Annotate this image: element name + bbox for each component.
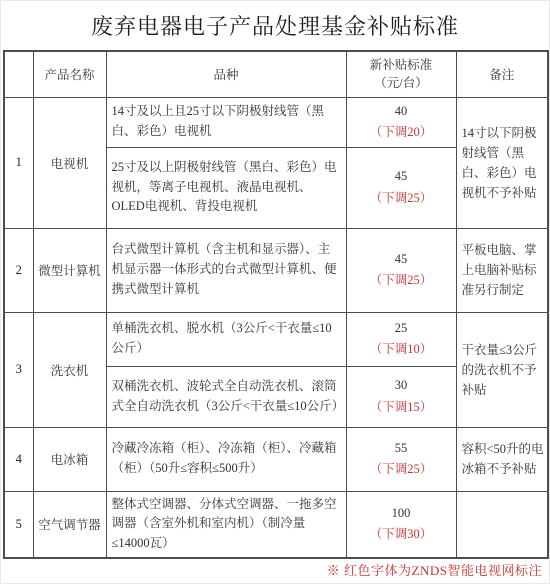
subsidy-cell: 45 （下调25）: [346, 147, 456, 228]
subsidy-value: 45: [347, 249, 456, 270]
subsidy-adjustment: （下调15）: [347, 397, 456, 418]
product-name-cell: 微型计算机: [33, 228, 106, 312]
row-index-cell: 3: [4, 312, 33, 427]
variety-cell: 14寸及以上且25寸以下阴极射线管（黑白、彩色）电视机: [106, 97, 346, 147]
subsidy-cell: 55 （下调25）: [346, 427, 456, 491]
remark-cell: 容积<50升的电冰箱不予补贴: [456, 427, 548, 491]
subsidy-cell: 25 （下调10）: [346, 312, 456, 366]
table-row: 3 洗衣机 单桶洗衣机、脱水机（3公斤<干衣量≤10公斤） 25 （下调10） …: [4, 312, 548, 366]
subsidy-cell: 30 （下调15）: [346, 366, 456, 427]
remark-cell: [456, 491, 548, 558]
row-index-cell: 4: [4, 427, 33, 491]
variety-cell: 单桶洗衣机、脱水机（3公斤<干衣量≤10公斤）: [106, 312, 346, 366]
variety-cell: 冷藏冷冻箱（柜）、冷冻箱（柜）、冷藏箱（柜）（50升≤容积≤500升）: [106, 427, 346, 491]
remark-cell: 干衣量≤3公斤的洗衣机不予补贴: [456, 312, 548, 427]
subsidy-cell: 45 （下调25）: [346, 228, 456, 312]
subsidy-adjustment: （下调25）: [347, 188, 456, 209]
header-cell-remark: 备注: [456, 51, 548, 97]
product-name-cell: 电视机: [33, 97, 106, 228]
subsidy-adjustment: （下调30）: [347, 524, 456, 545]
subsidy-cell: 40 （下调20）: [346, 97, 456, 147]
row-index-cell: 5: [4, 491, 33, 558]
variety-cell: 双桶洗衣机、波轮式全自动洗衣机、滚筒式全自动洗衣机（3公斤<干衣量≤10公斤）: [106, 366, 346, 427]
table-row: 2 微型计算机 台式微型计算机（含主机和显示器）、主机显示器一体形式的台式微型计…: [4, 228, 548, 312]
subsidy-table: 产品名称 品种 新补贴标准 （元/台） 备注 1 电视机 14寸及以上且25寸以…: [3, 50, 549, 559]
remark-cell: 平板电脑、掌上电脑补贴标准另行制定: [456, 228, 548, 312]
subsidy-value: 30: [347, 375, 456, 396]
subsidy-adjustment: （下调10）: [347, 339, 456, 360]
row-index-cell: 2: [4, 228, 33, 312]
table-row: 5 空气调节器 整体式空调器、分体式空调器、一拖多空调器（含室外机和室内机）（制…: [4, 491, 548, 558]
table-row: 4 电冰箱 冷藏冷冻箱（柜）、冷冻箱（柜）、冷藏箱（柜）（50升≤容积≤500升…: [4, 427, 548, 491]
subsidy-value: 55: [347, 438, 456, 459]
header-cell-index: [4, 51, 33, 97]
variety-cell: 整体式空调器、分体式空调器、一拖多空调器（含室外机和室内机）（制冷量≤14000…: [106, 491, 346, 558]
header-cell-subsidy: 新补贴标准 （元/台）: [346, 51, 456, 97]
page-title: 废弃电器电子产品处理基金补贴标准: [0, 10, 550, 41]
subsidy-value: 40: [347, 101, 456, 122]
subsidy-cell: 100 （下调30）: [346, 491, 456, 558]
subsidy-adjustment: （下调25）: [347, 459, 456, 480]
footnote-attribution: ※ 红色字体为ZNDS智能电视网标注: [327, 560, 542, 579]
header-subsidy-line1: 新补贴标准: [347, 56, 456, 75]
header-cell-variety: 品种: [106, 51, 346, 97]
subsidy-adjustment: （下调20）: [347, 122, 456, 143]
remark-cell: 14寸以下阴极射线管（黑白、彩色）电视机不予补贴: [456, 97, 548, 228]
row-index-cell: 1: [4, 97, 33, 228]
table-header-row: 产品名称 品种 新补贴标准 （元/台） 备注: [4, 51, 548, 97]
subsidy-adjustment: （下调25）: [347, 270, 456, 291]
product-name-cell: 洗衣机: [33, 312, 106, 427]
subsidy-value: 100: [347, 503, 456, 524]
subsidy-value: 45: [347, 166, 456, 187]
variety-cell: 台式微型计算机（含主机和显示器）、主机显示器一体形式的台式微型计算机、便携式微型…: [106, 228, 346, 312]
subsidy-value: 25: [347, 318, 456, 339]
table-row: 1 电视机 14寸及以上且25寸以下阴极射线管（黑白、彩色）电视机 40 （下调…: [4, 97, 548, 147]
product-name-cell: 空气调节器: [33, 491, 106, 558]
header-subsidy-line2: （元/台）: [347, 74, 456, 93]
product-name-cell: 电冰箱: [33, 427, 106, 491]
header-cell-product: 产品名称: [33, 51, 106, 97]
variety-cell: 25寸及以上阴极射线管（黑白、彩色）电视机，等离子电视机、液晶电视机、OLED电…: [106, 147, 346, 228]
